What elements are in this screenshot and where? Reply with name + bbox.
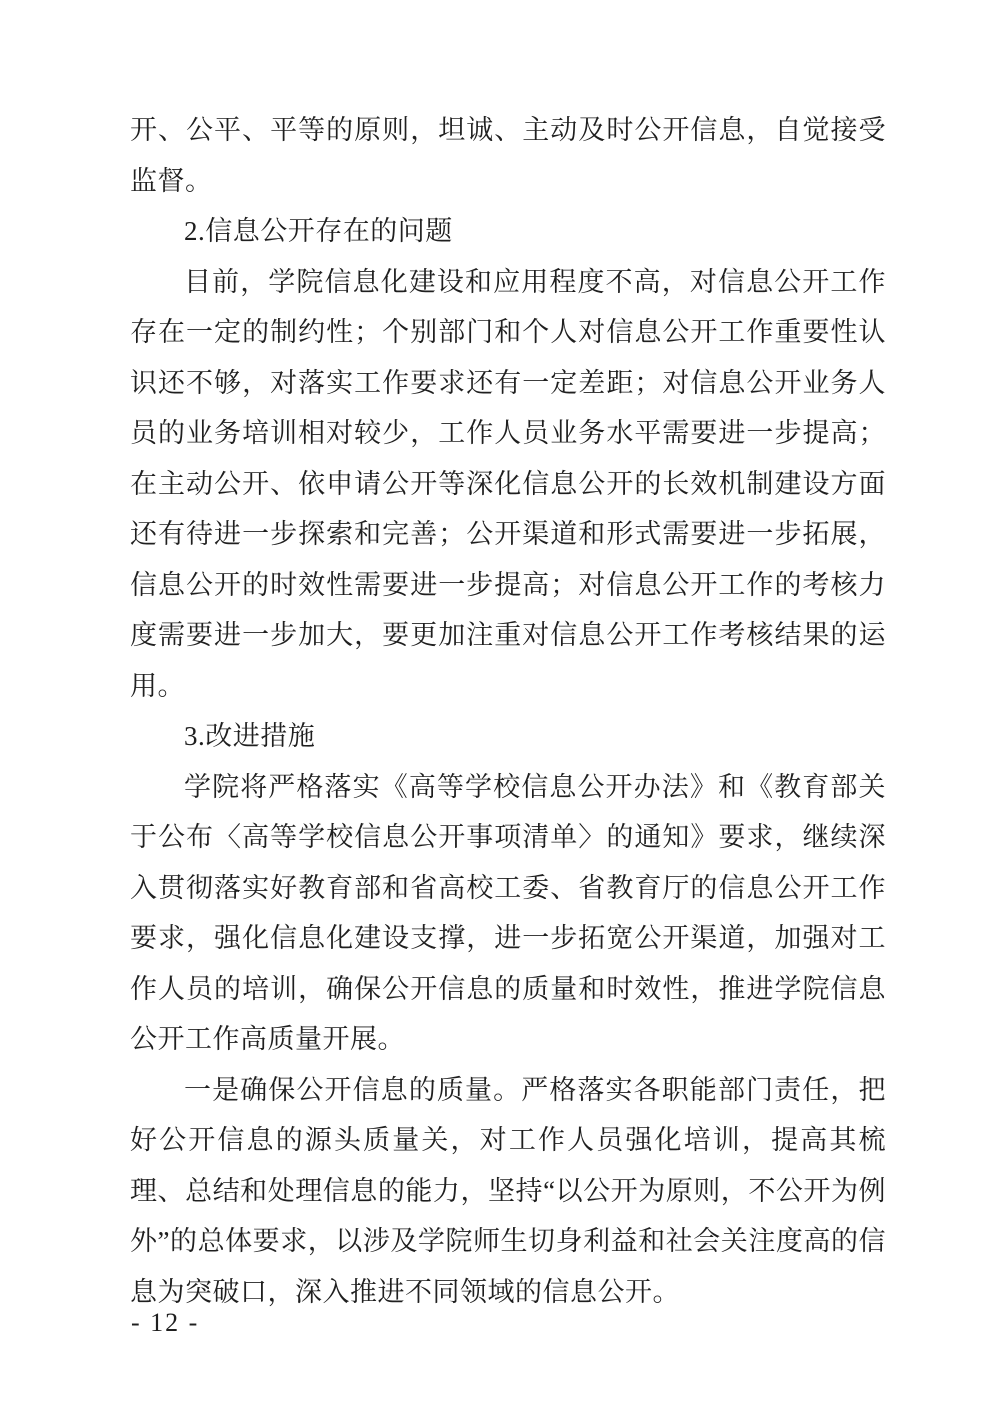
paragraph-quality-assurance: 一是确保公开信息的质量。严格落实各职能部门责任，把好公开信息的源头质量关，对工作…	[130, 1065, 886, 1318]
document-body: 开、公平、平等的原则，坦诚、主动及时公开信息，自觉接受监督。 2.信息公开存在的…	[130, 105, 886, 1317]
document-page: 开、公平、平等的原则，坦诚、主动及时公开信息，自觉接受监督。 2.信息公开存在的…	[0, 0, 1000, 1414]
paragraph-problems: 目前，学院信息化建设和应用程度不高，对信息公开工作存在一定的制约性；个别部门和个…	[130, 257, 886, 712]
paragraph-measures: 学院将严格落实《高等学校信息公开办法》和《教育部关于公布〈高等学校信息公开事项清…	[130, 762, 886, 1065]
section-heading-problems: 2.信息公开存在的问题	[130, 206, 886, 257]
paragraph-continuation: 开、公平、平等的原则，坦诚、主动及时公开信息，自觉接受监督。	[130, 105, 886, 206]
page-number: - 12 -	[131, 1303, 199, 1343]
section-heading-measures: 3.改进措施	[130, 711, 886, 762]
